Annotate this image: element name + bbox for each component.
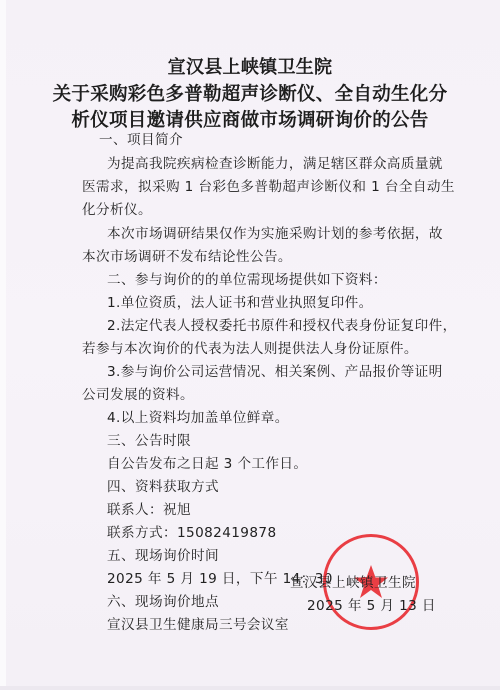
notice-title-line-1: 关于采购彩色多普勒超声诊断仪、全自动生化分 bbox=[0, 80, 500, 106]
section-heading-4: 四、资料获取方式 bbox=[107, 475, 219, 495]
requirement-item-2-cont: 若参与本次询价的代表为法人则提供法人身份证原件。 bbox=[82, 337, 418, 357]
issuer-title: 宣汉县上峡镇卫生院 bbox=[0, 53, 500, 79]
contact-person: 联系人：祝旭 bbox=[107, 498, 191, 518]
requirement-item-3: 3.参与询价公司运营情况、相关案例、产品报价等证明 bbox=[107, 360, 443, 380]
document-page: 宣汉县上峡镇卫生院 关于采购彩色多普勒超声诊断仪、全自动生化分 析仪项目邀请供应… bbox=[0, 0, 500, 690]
section-heading-1: 一、项目简介 bbox=[99, 128, 183, 148]
page-edge-bottom bbox=[0, 686, 500, 690]
requirement-item-2: 2.法定代表人授权委托书原件和授权代表身份证复印件， bbox=[107, 314, 457, 334]
signature-date: 2025 年 5 月 13 日 bbox=[307, 594, 436, 614]
section-heading-6: 六、现场询价地点 bbox=[107, 590, 219, 610]
notice-period: 自公告发布之日起 3 个工作日。 bbox=[107, 452, 307, 472]
section-heading-5: 五、现场询价时间 bbox=[107, 544, 219, 564]
inquiry-location: 宣汉县卫生健康局三号会议室 bbox=[107, 613, 289, 633]
contact-phone: 联系方式：15082419878 bbox=[107, 521, 277, 541]
paragraph-line: 本次市场调研结果仅作为实施采购计划的参考依据，故 bbox=[107, 222, 443, 242]
paragraph-line: 医需求，拟采购 1 台彩色多普勒超声诊断仪和 1 台全自动生 bbox=[82, 175, 455, 195]
section-heading-3: 三、公告时限 bbox=[107, 429, 191, 449]
paragraph-line: 化分析仪。 bbox=[82, 198, 152, 218]
section-heading-2: 二、参与询价的的单位需现场提供如下资料： bbox=[107, 268, 387, 288]
signature-organization: 宣汉县上峡镇卫生院 bbox=[290, 571, 416, 591]
requirement-item-4: 4.以上资料均加盖单位鲜章。 bbox=[107, 406, 289, 426]
requirement-item-3-cont: 公司发展的资料。 bbox=[82, 383, 194, 403]
paragraph-line: 为提高我院疾病检查诊断能力，满足辖区群众高质量就 bbox=[107, 152, 443, 172]
requirement-item-1: 1.单位资质，法人证书和营业执照复印件。 bbox=[107, 291, 373, 311]
notice-title-line-2: 析仪项目邀请供应商做市场调研询价的公告 bbox=[0, 106, 500, 132]
paragraph-line: 本次市场调研不发布结论性公告。 bbox=[82, 245, 292, 265]
